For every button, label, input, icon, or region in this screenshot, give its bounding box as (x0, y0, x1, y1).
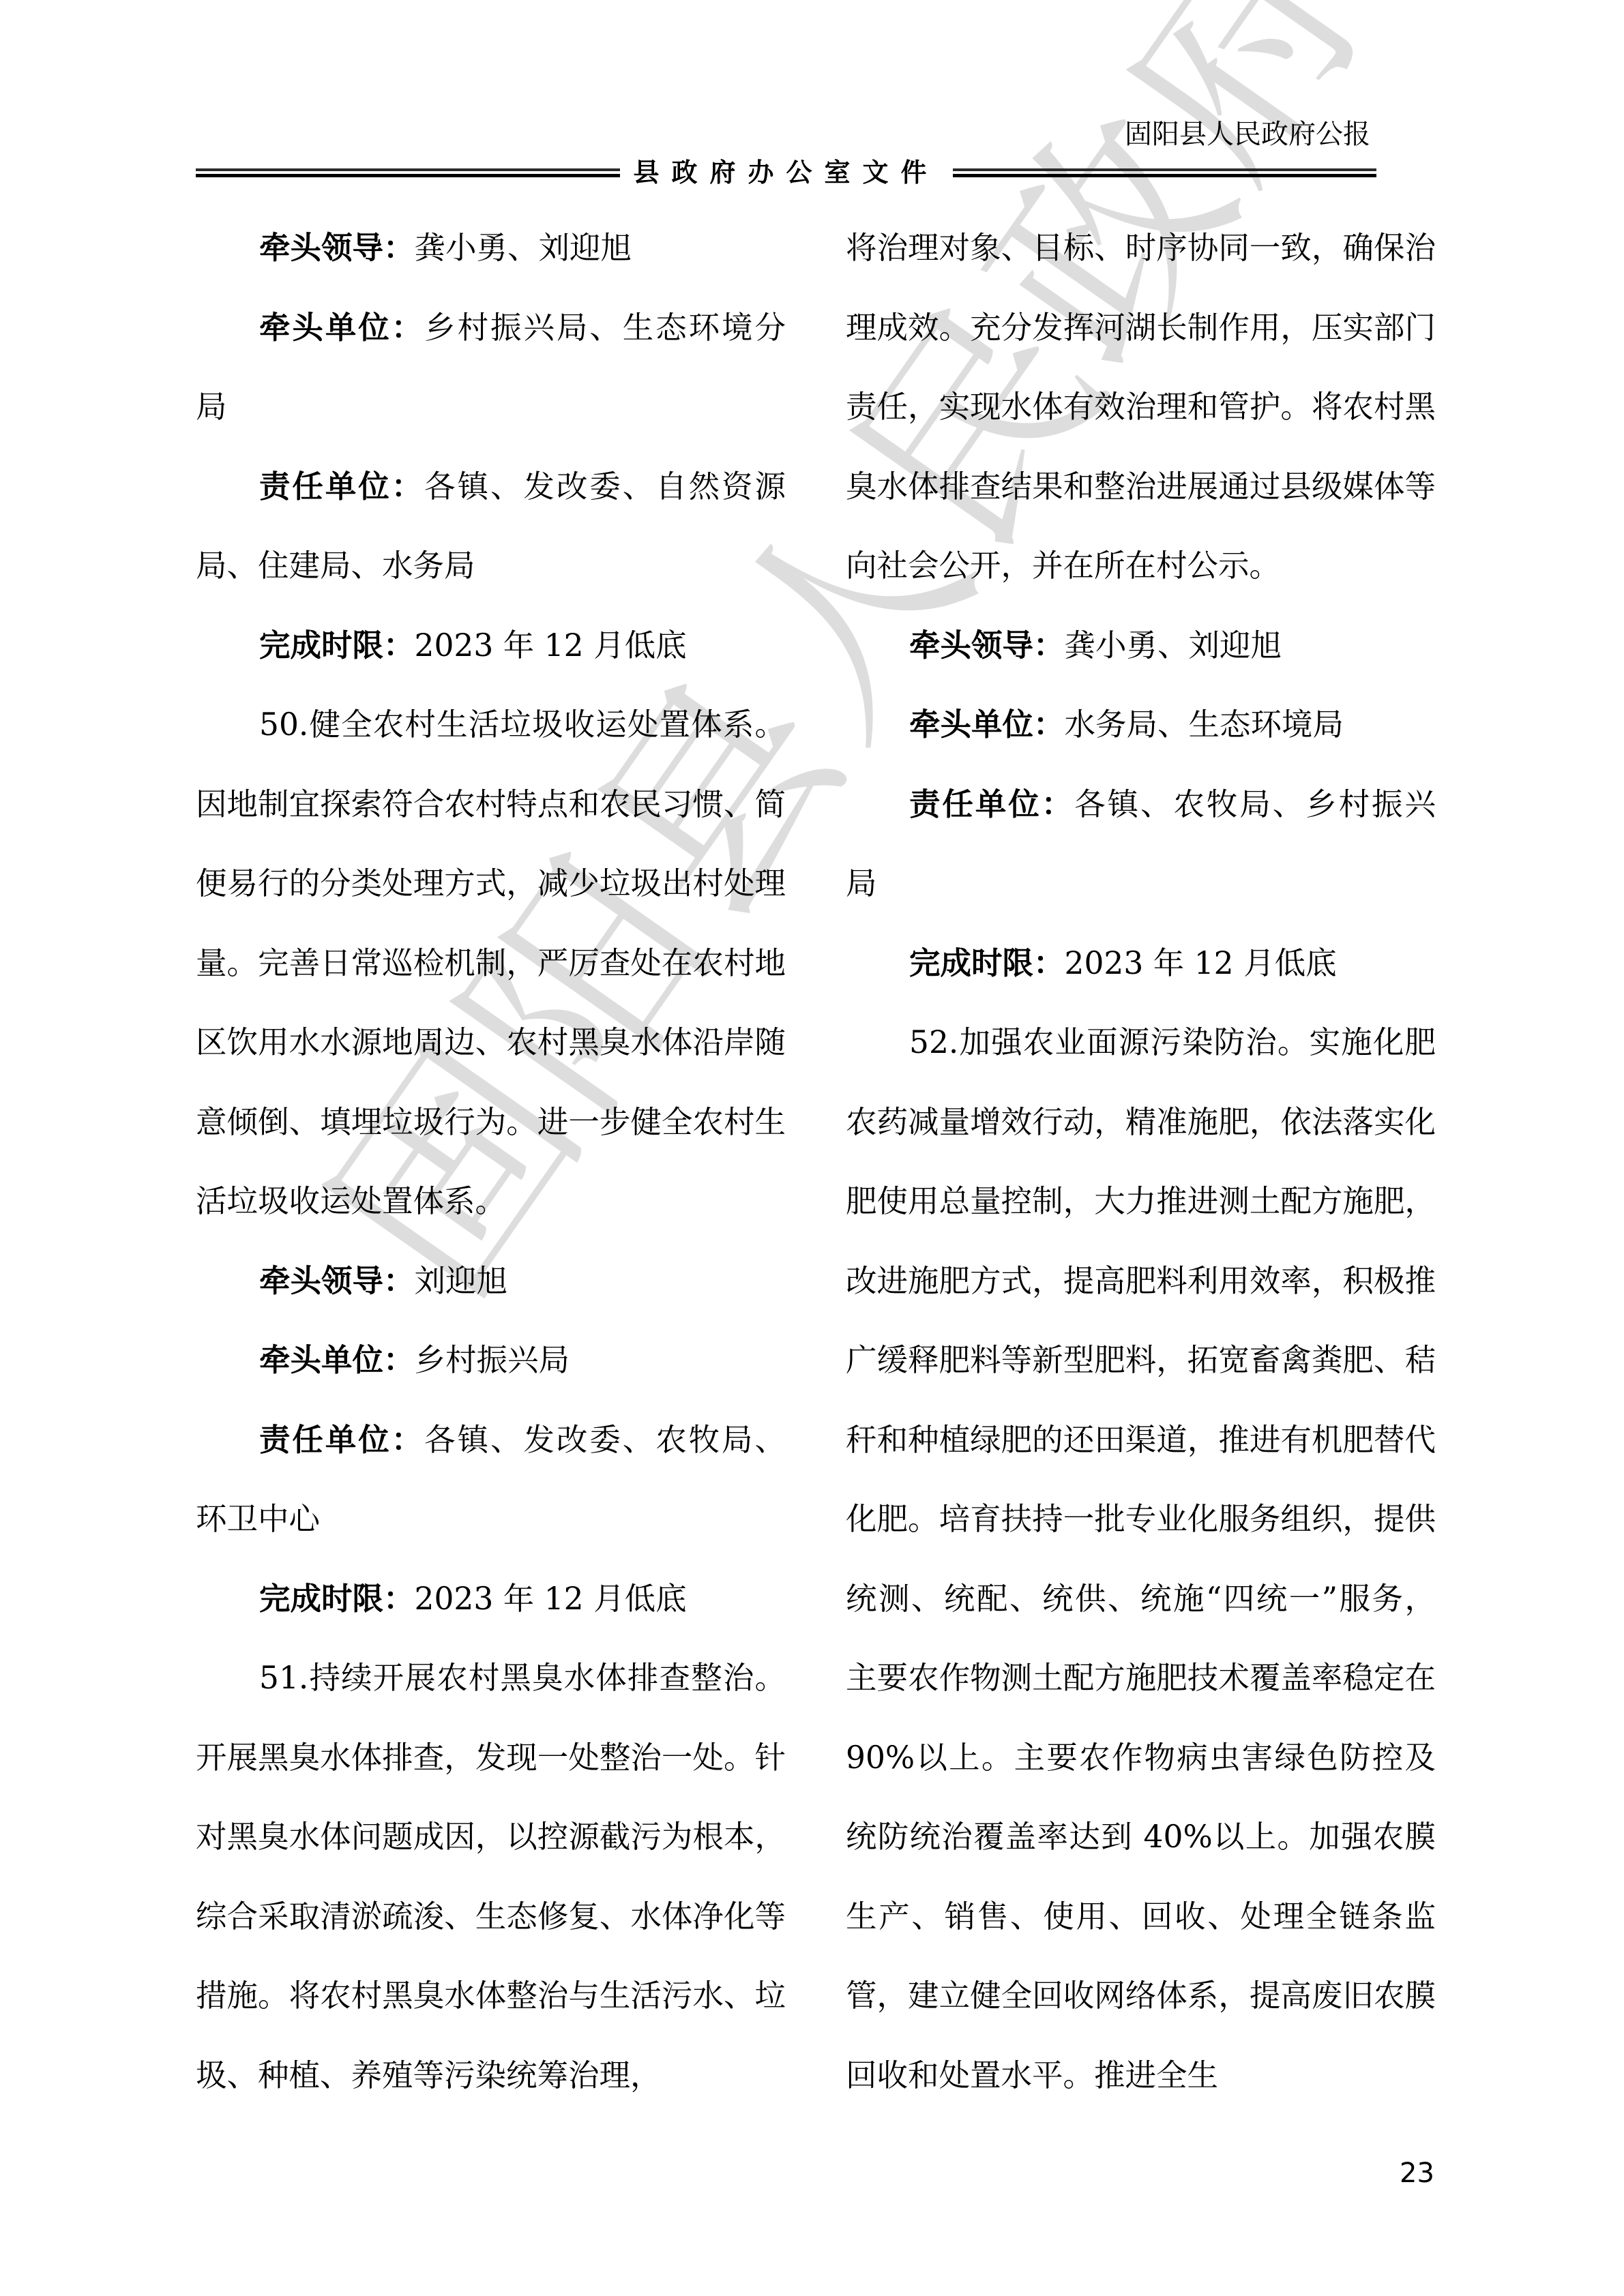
field-value: 刘迎旭 (415, 1263, 508, 1299)
field-value: 龚小勇、刘迎旭 (415, 230, 632, 266)
field-value: 2023 年 12 月低底 (1065, 945, 1337, 981)
field-key: 牵头单位： (909, 706, 1065, 743)
lead-leader-line: 牵头领导：刘迎旭 (196, 1242, 786, 1322)
field-key: 牵头单位： (259, 1342, 415, 1378)
lead-unit-line: 牵头单位：水务局、生态环境局 (846, 685, 1436, 765)
field-key: 完成时限： (259, 1581, 415, 1617)
field-key: 牵头领导： (909, 627, 1065, 664)
field-key: 牵头领导： (259, 230, 415, 266)
field-value: 2023 年 12 月低底 (415, 627, 687, 664)
lead-leader-line: 牵头领导：龚小勇、刘迎旭 (196, 209, 786, 288)
responsible-unit-line: 责任单位：各镇、发改委、自然资源局、住建局、水务局 (196, 447, 786, 606)
publication-title: 固阳县人民政府公报 (1125, 117, 1370, 151)
field-key: 牵头领导： (259, 1263, 415, 1299)
field-key: 完成时限： (259, 627, 415, 664)
item-51-continuation: 将治理对象、目标、时序协同一致，确保治理成效。充分发挥河湖长制作用，压实部门责任… (846, 209, 1436, 606)
responsible-unit-line: 责任单位：各镇、农牧局、乡村振兴局 (846, 765, 1436, 924)
lead-leader-line: 牵头领导：龚小勇、刘迎旭 (846, 606, 1436, 686)
item-52-paragraph: 52.加强农业面源污染防治。实施化肥农药减量增效行动，精准施肥，依法落实化肥使用… (846, 1003, 1436, 2115)
right-column: 将治理对象、目标、时序协同一致，确保治理成效。充分发挥河湖长制作用，压实部门责任… (846, 209, 1436, 2115)
field-value: 乡村振兴局 (415, 1342, 570, 1378)
section-label: 县政府办公室文件 (620, 155, 953, 190)
deadline-line: 完成时限：2023 年 12 月低底 (196, 1560, 786, 1639)
deadline-line: 完成时限：2023 年 12 月低底 (196, 606, 786, 686)
responsible-unit-line: 责任单位：各镇、发改委、农牧局、环卫中心 (196, 1401, 786, 1560)
field-key: 完成时限： (909, 945, 1065, 981)
lead-unit-line: 牵头单位：乡村振兴局、生态环境分局 (196, 288, 786, 447)
field-key: 牵头单位： (259, 310, 424, 346)
field-value: 2023 年 12 月低底 (415, 1581, 687, 1617)
item-50-paragraph: 50.健全农村生活垃圾收运处置体系。因地制宜探索符合农村特点和农民习惯、简便易行… (196, 685, 786, 1242)
field-key: 责任单位： (909, 786, 1074, 822)
body-columns: 牵头领导：龚小勇、刘迎旭 牵头单位：乡村振兴局、生态环境分局 责任单位：各镇、发… (196, 209, 1436, 2115)
field-key: 责任单位： (259, 1422, 424, 1458)
field-value: 水务局、生态环境局 (1065, 706, 1344, 743)
deadline-line: 完成时限：2023 年 12 月低底 (846, 924, 1436, 1004)
header-rule: 县政府办公室文件 (196, 155, 1376, 190)
left-column: 牵头领导：龚小勇、刘迎旭 牵头单位：乡村振兴局、生态环境分局 责任单位：各镇、发… (196, 209, 786, 2115)
item-51-paragraph: 51.持续开展农村黑臭水体排查整治。开展黑臭水体排查，发现一处整治一处。针对黑臭… (196, 1639, 786, 2115)
double-rule-left (196, 166, 620, 179)
lead-unit-line: 牵头单位：乡村振兴局 (196, 1321, 786, 1401)
double-rule-right (953, 166, 1377, 179)
page-number: 23 (1400, 2156, 1434, 2190)
field-key: 责任单位： (259, 468, 424, 505)
field-value: 龚小勇、刘迎旭 (1065, 627, 1282, 664)
